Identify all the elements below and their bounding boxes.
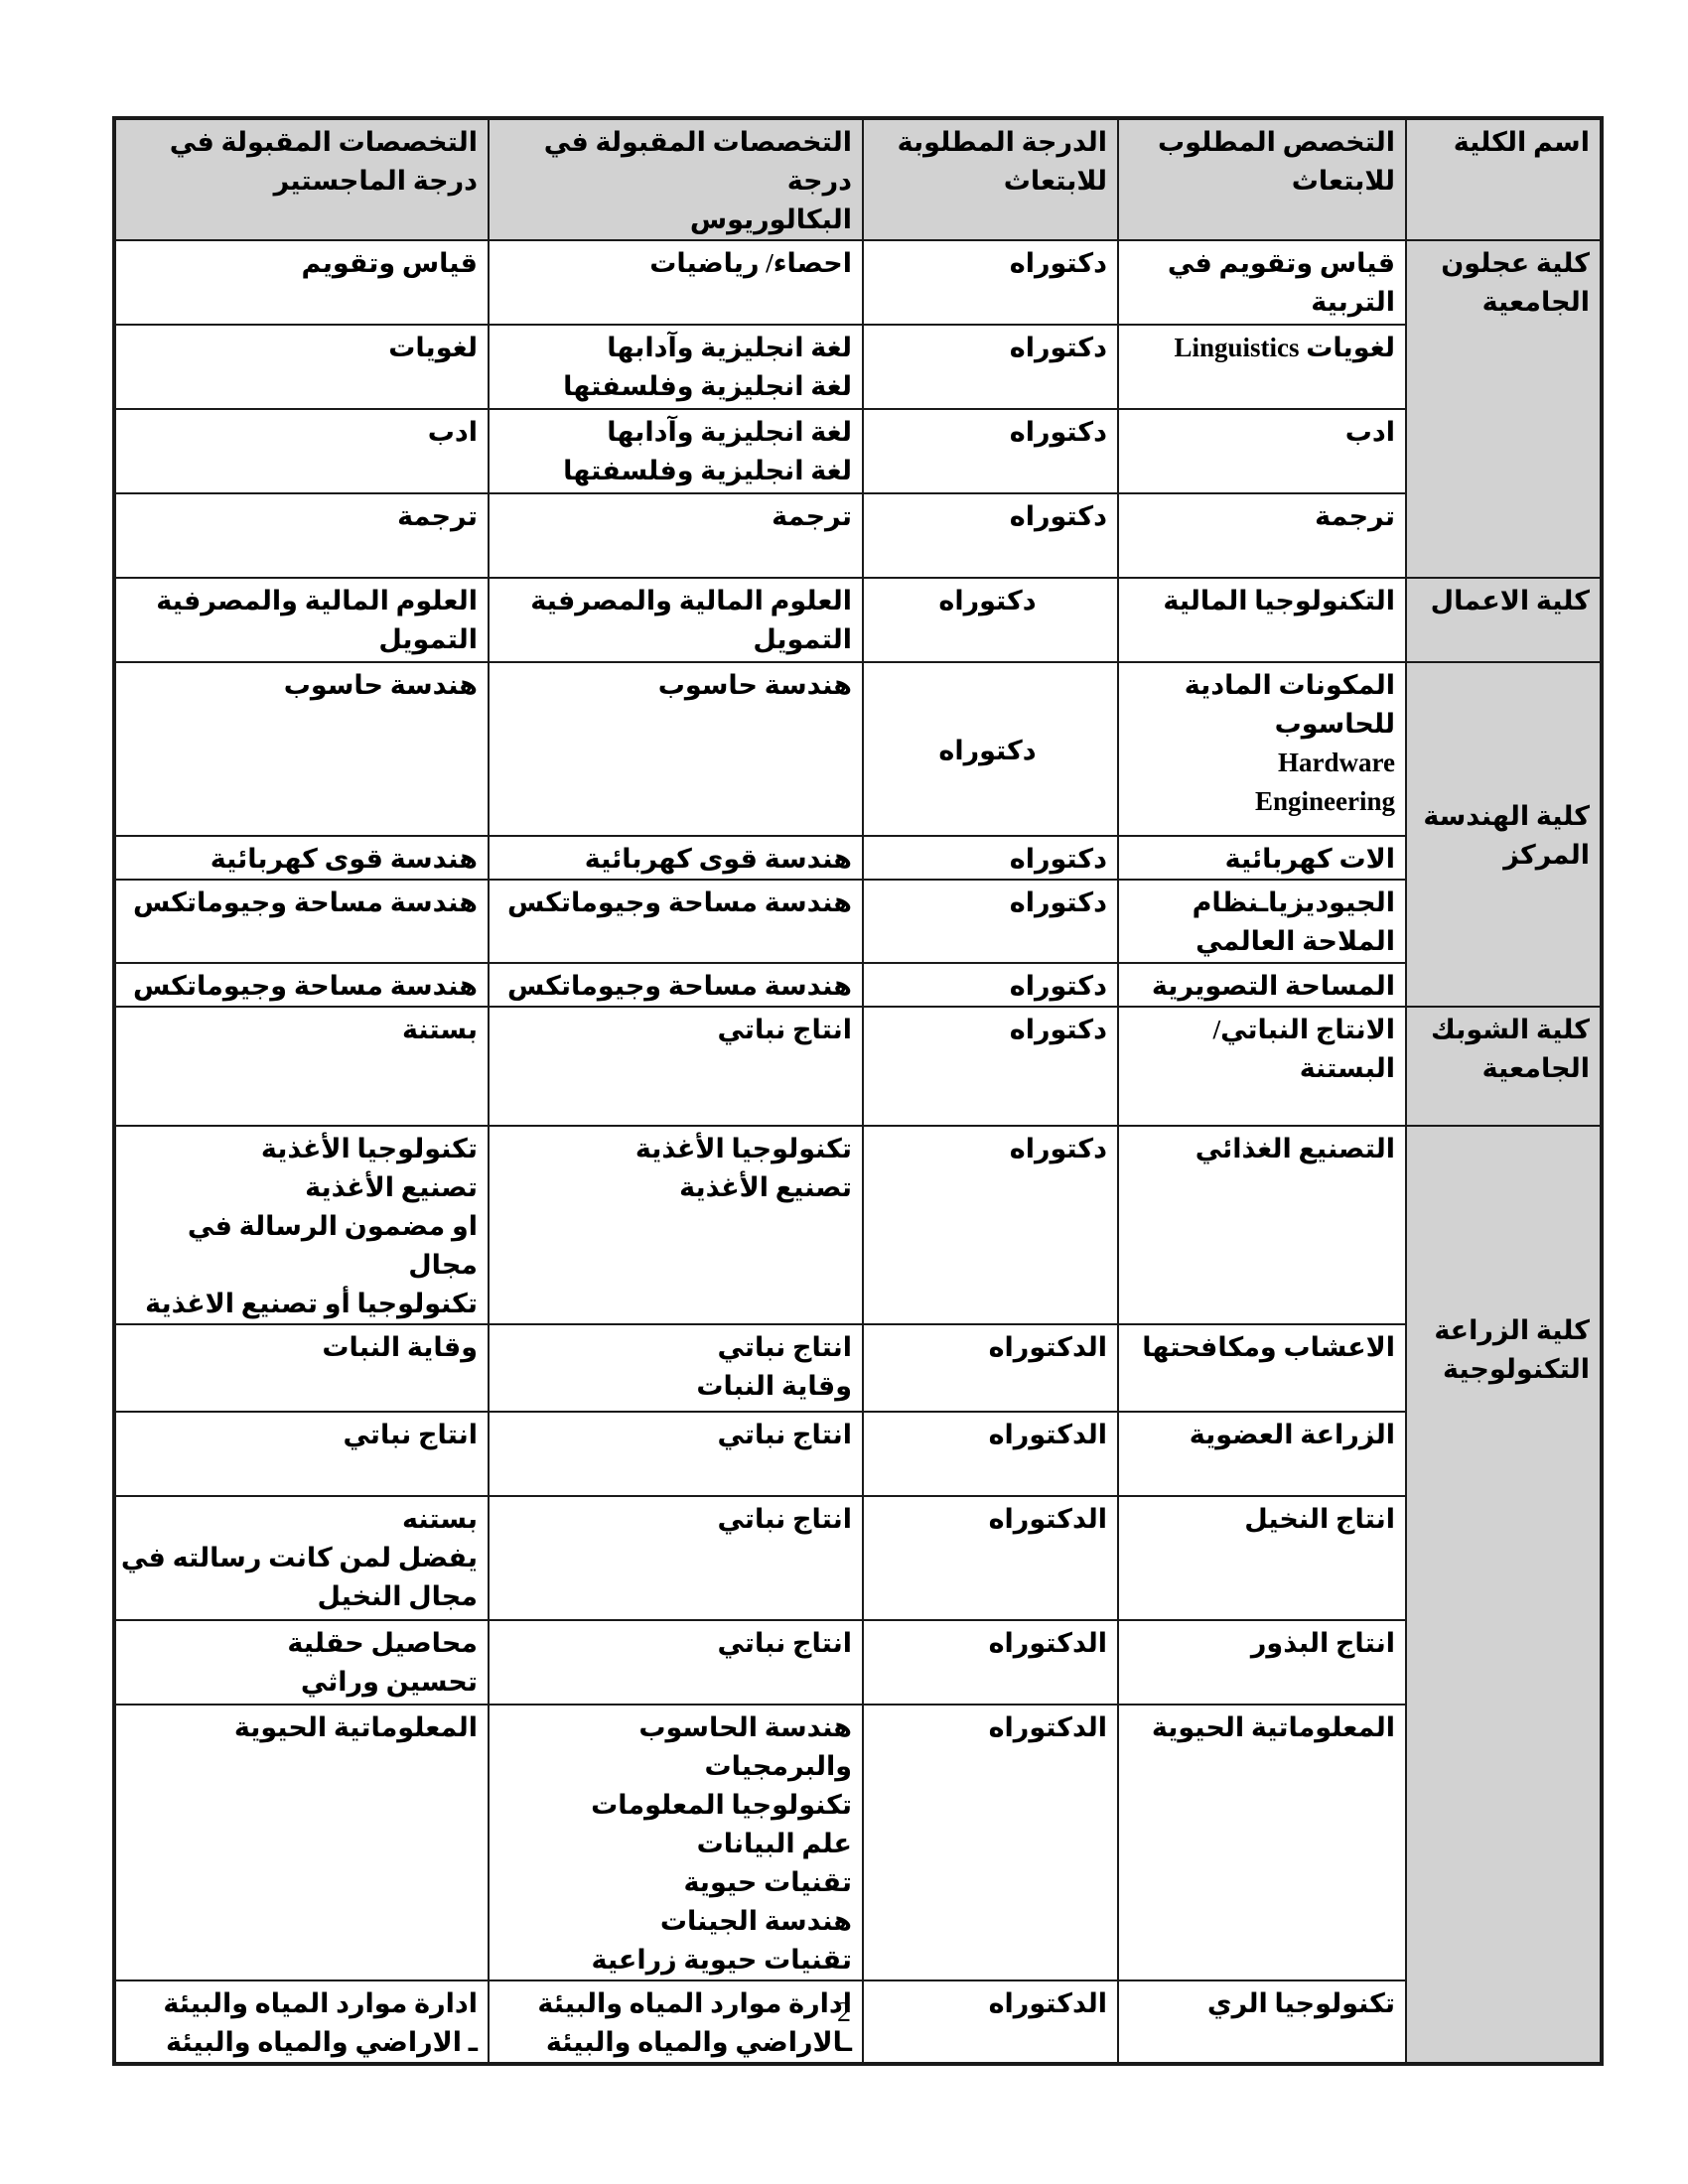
scholarship-table: اسم الكلية التخصص المطلوب للابتعاث الدرج… (112, 116, 1604, 2066)
table-row: الزراعة العضوية الدكتوراه انتاج نباتي ان… (114, 1412, 1602, 1496)
master-cell: انتاج نباتي (114, 1412, 489, 1496)
master-header: التخصصات المقبولة في درجة الماجستير (114, 118, 489, 240)
table-row: كلية الزراعة التكنولوجية التصنيع الغذائي… (114, 1126, 1602, 1324)
master-cell: هندسة مساحة وجيوماتكس (114, 963, 489, 1007)
major-cell: المساحة التصويرية (1118, 963, 1406, 1007)
major-header: التخصص المطلوب للابتعاث (1118, 118, 1406, 240)
master-cell: لغويات (114, 325, 489, 409)
bachelor-cell: العلوم المالية والمصرفية التمويل (489, 578, 863, 662)
bachelor-cell: انتاج نباتي (489, 1496, 863, 1620)
degree-cell: دكتوراه (863, 662, 1118, 836)
degree-cell: الدكتوراه (863, 1620, 1118, 1705)
degree-cell: دكتوراه (863, 1126, 1118, 1324)
degree-cell: دكتوراه (863, 325, 1118, 409)
bachelor-cell: احصاء/ رياضيات (489, 240, 863, 325)
bachelor-cell: لغة انجليزية وآدابها لغة انجليزية وفلسفت… (489, 409, 863, 493)
major-cell: التكنولوجيا المالية (1118, 578, 1406, 662)
master-cell: العلوم المالية والمصرفية التمويل (114, 578, 489, 662)
major-cell: انتاج البذور (1118, 1620, 1406, 1705)
table-row: انتاج النخيل الدكتوراه انتاج نباتي بستنه… (114, 1496, 1602, 1620)
bachelor-cell: هندسة حاسوب (489, 662, 863, 836)
master-cell: بستنه يفضل لمن كانت رسالته في مجال النخي… (114, 1496, 489, 1620)
bachelor-cell: انتاج نباتي (489, 1620, 863, 1705)
degree-cell: دكتوراه (863, 409, 1118, 493)
major-cell: الزراعة العضوية (1118, 1412, 1406, 1496)
major-cell: قياس وتقويم في التربية (1118, 240, 1406, 325)
degree-cell: دكتوراه (863, 493, 1118, 578)
college-cell-business: كلية الاعمال (1406, 578, 1602, 662)
major-cell: الاعشاب ومكافحتها (1118, 1324, 1406, 1412)
college-cell-ajloun: كلية عجلون الجامعية (1406, 240, 1602, 578)
bachelor-cell: ترجمة (489, 493, 863, 578)
master-cell: هندسة قوى كهربائية (114, 836, 489, 880)
bachelor-cell: هندسة الحاسوب والبرمجيات تكنولوجيا المعل… (489, 1705, 863, 1980)
major-cell: انتاج النخيل (1118, 1496, 1406, 1620)
master-cell: المعلوماتية الحيوية (114, 1705, 489, 1980)
bachelor-cell: هندسة قوى كهربائية (489, 836, 863, 880)
major-cell: التصنيع الغذائي (1118, 1126, 1406, 1324)
bachelor-cell: انتاج نباتي وقاية النبات (489, 1324, 863, 1412)
table-row: المساحة التصويرية دكتوراه هندسة مساحة وج… (114, 963, 1602, 1007)
college-header: اسم الكلية (1406, 118, 1602, 240)
master-cell: تكنولوجيا الأغذية تصنيع الأغذية او مضمون… (114, 1126, 489, 1324)
bachelor-cell: انتاج نباتي (489, 1412, 863, 1496)
master-cell: هندسة حاسوب (114, 662, 489, 836)
major-cell: الانتاج النباتي/ البستنة (1118, 1007, 1406, 1126)
table-row: ادب دكتوراه لغة انجليزية وآدابها لغة انج… (114, 409, 1602, 493)
master-cell: قياس وتقويم (114, 240, 489, 325)
bachelor-cell: تكنولوجيا الأغذية تصنيع الأغذية (489, 1126, 863, 1324)
college-cell-shobak: كلية الشوبك الجامعية (1406, 1007, 1602, 1126)
table-row: المعلوماتية الحيوية الدكتوراه هندسة الحا… (114, 1705, 1602, 1980)
table-row: انتاج البذور الدكتوراه انتاج نباتي محاصي… (114, 1620, 1602, 1705)
table-row: ترجمة دكتوراه ترجمة ترجمة (114, 493, 1602, 578)
degree-cell: دكتوراه (863, 963, 1118, 1007)
table-row: لغويات Linguistics دكتوراه لغة انجليزية … (114, 325, 1602, 409)
document-page: اسم الكلية التخصص المطلوب للابتعاث الدرج… (0, 0, 1688, 2184)
major-cell: لغويات Linguistics (1118, 325, 1406, 409)
degree-cell: الدكتوراه (863, 1496, 1118, 1620)
master-cell: محاصيل حقلية تحسين وراثي (114, 1620, 489, 1705)
table-row: الجيوديزياـنظام الملاحة العالمي دكتوراه … (114, 880, 1602, 963)
degree-cell: الدكتوراه (863, 1324, 1118, 1412)
master-cell: بستنة (114, 1007, 489, 1126)
major-cell: الجيوديزياـنظام الملاحة العالمي (1118, 880, 1406, 963)
college-cell-engineering: كلية الهندسة المركز (1406, 662, 1602, 1007)
page-number: 2 (0, 1997, 1688, 2029)
table-row: كلية عجلون الجامعية قياس وتقويم في الترب… (114, 240, 1602, 325)
bachelor-cell: هندسة مساحة وجيوماتكس (489, 963, 863, 1007)
table-row: كلية الاعمال التكنولوجيا المالية دكتوراه… (114, 578, 1602, 662)
degree-cell: دكتوراه (863, 240, 1118, 325)
major-cell: المعلوماتية الحيوية (1118, 1705, 1406, 1980)
bachelor-cell: انتاج نباتي (489, 1007, 863, 1126)
major-cell: المكونات المادية للحاسوب Hardware Engine… (1118, 662, 1406, 836)
degree-cell: دكتوراه (863, 578, 1118, 662)
bachelor-header: التخصصات المقبولة في درجة البكالوريوس (489, 118, 863, 240)
master-cell: ادب (114, 409, 489, 493)
table-row: كلية الشوبك الجامعية الانتاج النباتي/ ال… (114, 1007, 1602, 1126)
master-cell: ترجمة (114, 493, 489, 578)
major-cell: الات كهربائية (1118, 836, 1406, 880)
master-cell: هندسة مساحة وجيوماتكس (114, 880, 489, 963)
bachelor-cell: لغة انجليزية وآدابها لغة انجليزية وفلسفت… (489, 325, 863, 409)
table-row: الات كهربائية دكتوراه هندسة قوى كهربائية… (114, 836, 1602, 880)
bachelor-cell: هندسة مساحة وجيوماتكس (489, 880, 863, 963)
header-row: اسم الكلية التخصص المطلوب للابتعاث الدرج… (114, 118, 1602, 240)
degree-cell: دكتوراه (863, 880, 1118, 963)
degree-cell: دكتوراه (863, 1007, 1118, 1126)
college-cell-agriculture: كلية الزراعة التكنولوجية (1406, 1126, 1602, 2064)
master-cell: وقاية النبات (114, 1324, 489, 1412)
degree-header: الدرجة المطلوبة للابتعاث (863, 118, 1118, 240)
degree-cell: الدكتوراه (863, 1705, 1118, 1980)
table-row: الاعشاب ومكافحتها الدكتوراه انتاج نباتي … (114, 1324, 1602, 1412)
major-cell: ترجمة (1118, 493, 1406, 578)
degree-cell: الدكتوراه (863, 1412, 1118, 1496)
degree-cell: دكتوراه (863, 836, 1118, 880)
table-row: كلية الهندسة المركز المكونات المادية للح… (114, 662, 1602, 836)
major-cell: ادب (1118, 409, 1406, 493)
